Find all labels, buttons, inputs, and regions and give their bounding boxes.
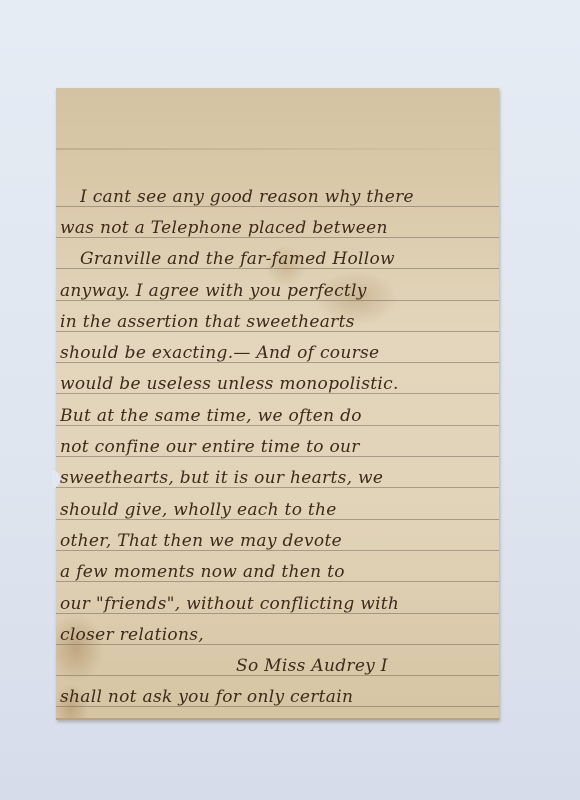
handwritten-line: Granville and the far-famed Hollow xyxy=(80,249,493,269)
handwritten-line: sweethearts, but it is our hearts, we xyxy=(60,468,493,488)
handwritten-line: a few moments now and then to xyxy=(60,562,493,582)
handwritten-line: in the assertion that sweethearts xyxy=(60,312,493,332)
handwritten-line: would be useless unless monopolistic. xyxy=(60,374,493,394)
paper-edge-tear xyxy=(52,470,60,488)
letter-page: I cant see any good reason why there was… xyxy=(56,88,499,720)
fold-crease xyxy=(56,148,499,150)
handwritten-line: not confine our entire time to our xyxy=(60,437,493,457)
handwritten-line: anyway. I agree with you perfectly xyxy=(60,281,493,301)
handwritten-line: I cant see any good reason why there xyxy=(80,187,493,207)
handwritten-line: was not a Telephone placed between xyxy=(60,218,493,238)
handwritten-line: should be exacting.— And of course xyxy=(60,343,493,363)
handwritten-line-salutation: So Miss Audrey I xyxy=(236,656,493,676)
handwritten-line: shall not ask you for only certain xyxy=(60,687,493,707)
handwritten-line: closer relations, xyxy=(60,625,493,645)
handwritten-line: But at the same time, we often do xyxy=(60,406,493,426)
handwritten-line: should give, wholly each to the xyxy=(60,500,493,520)
handwritten-line: other, That then we may devote xyxy=(60,531,493,551)
handwritten-line: our "friends", without conflicting with xyxy=(60,594,493,614)
